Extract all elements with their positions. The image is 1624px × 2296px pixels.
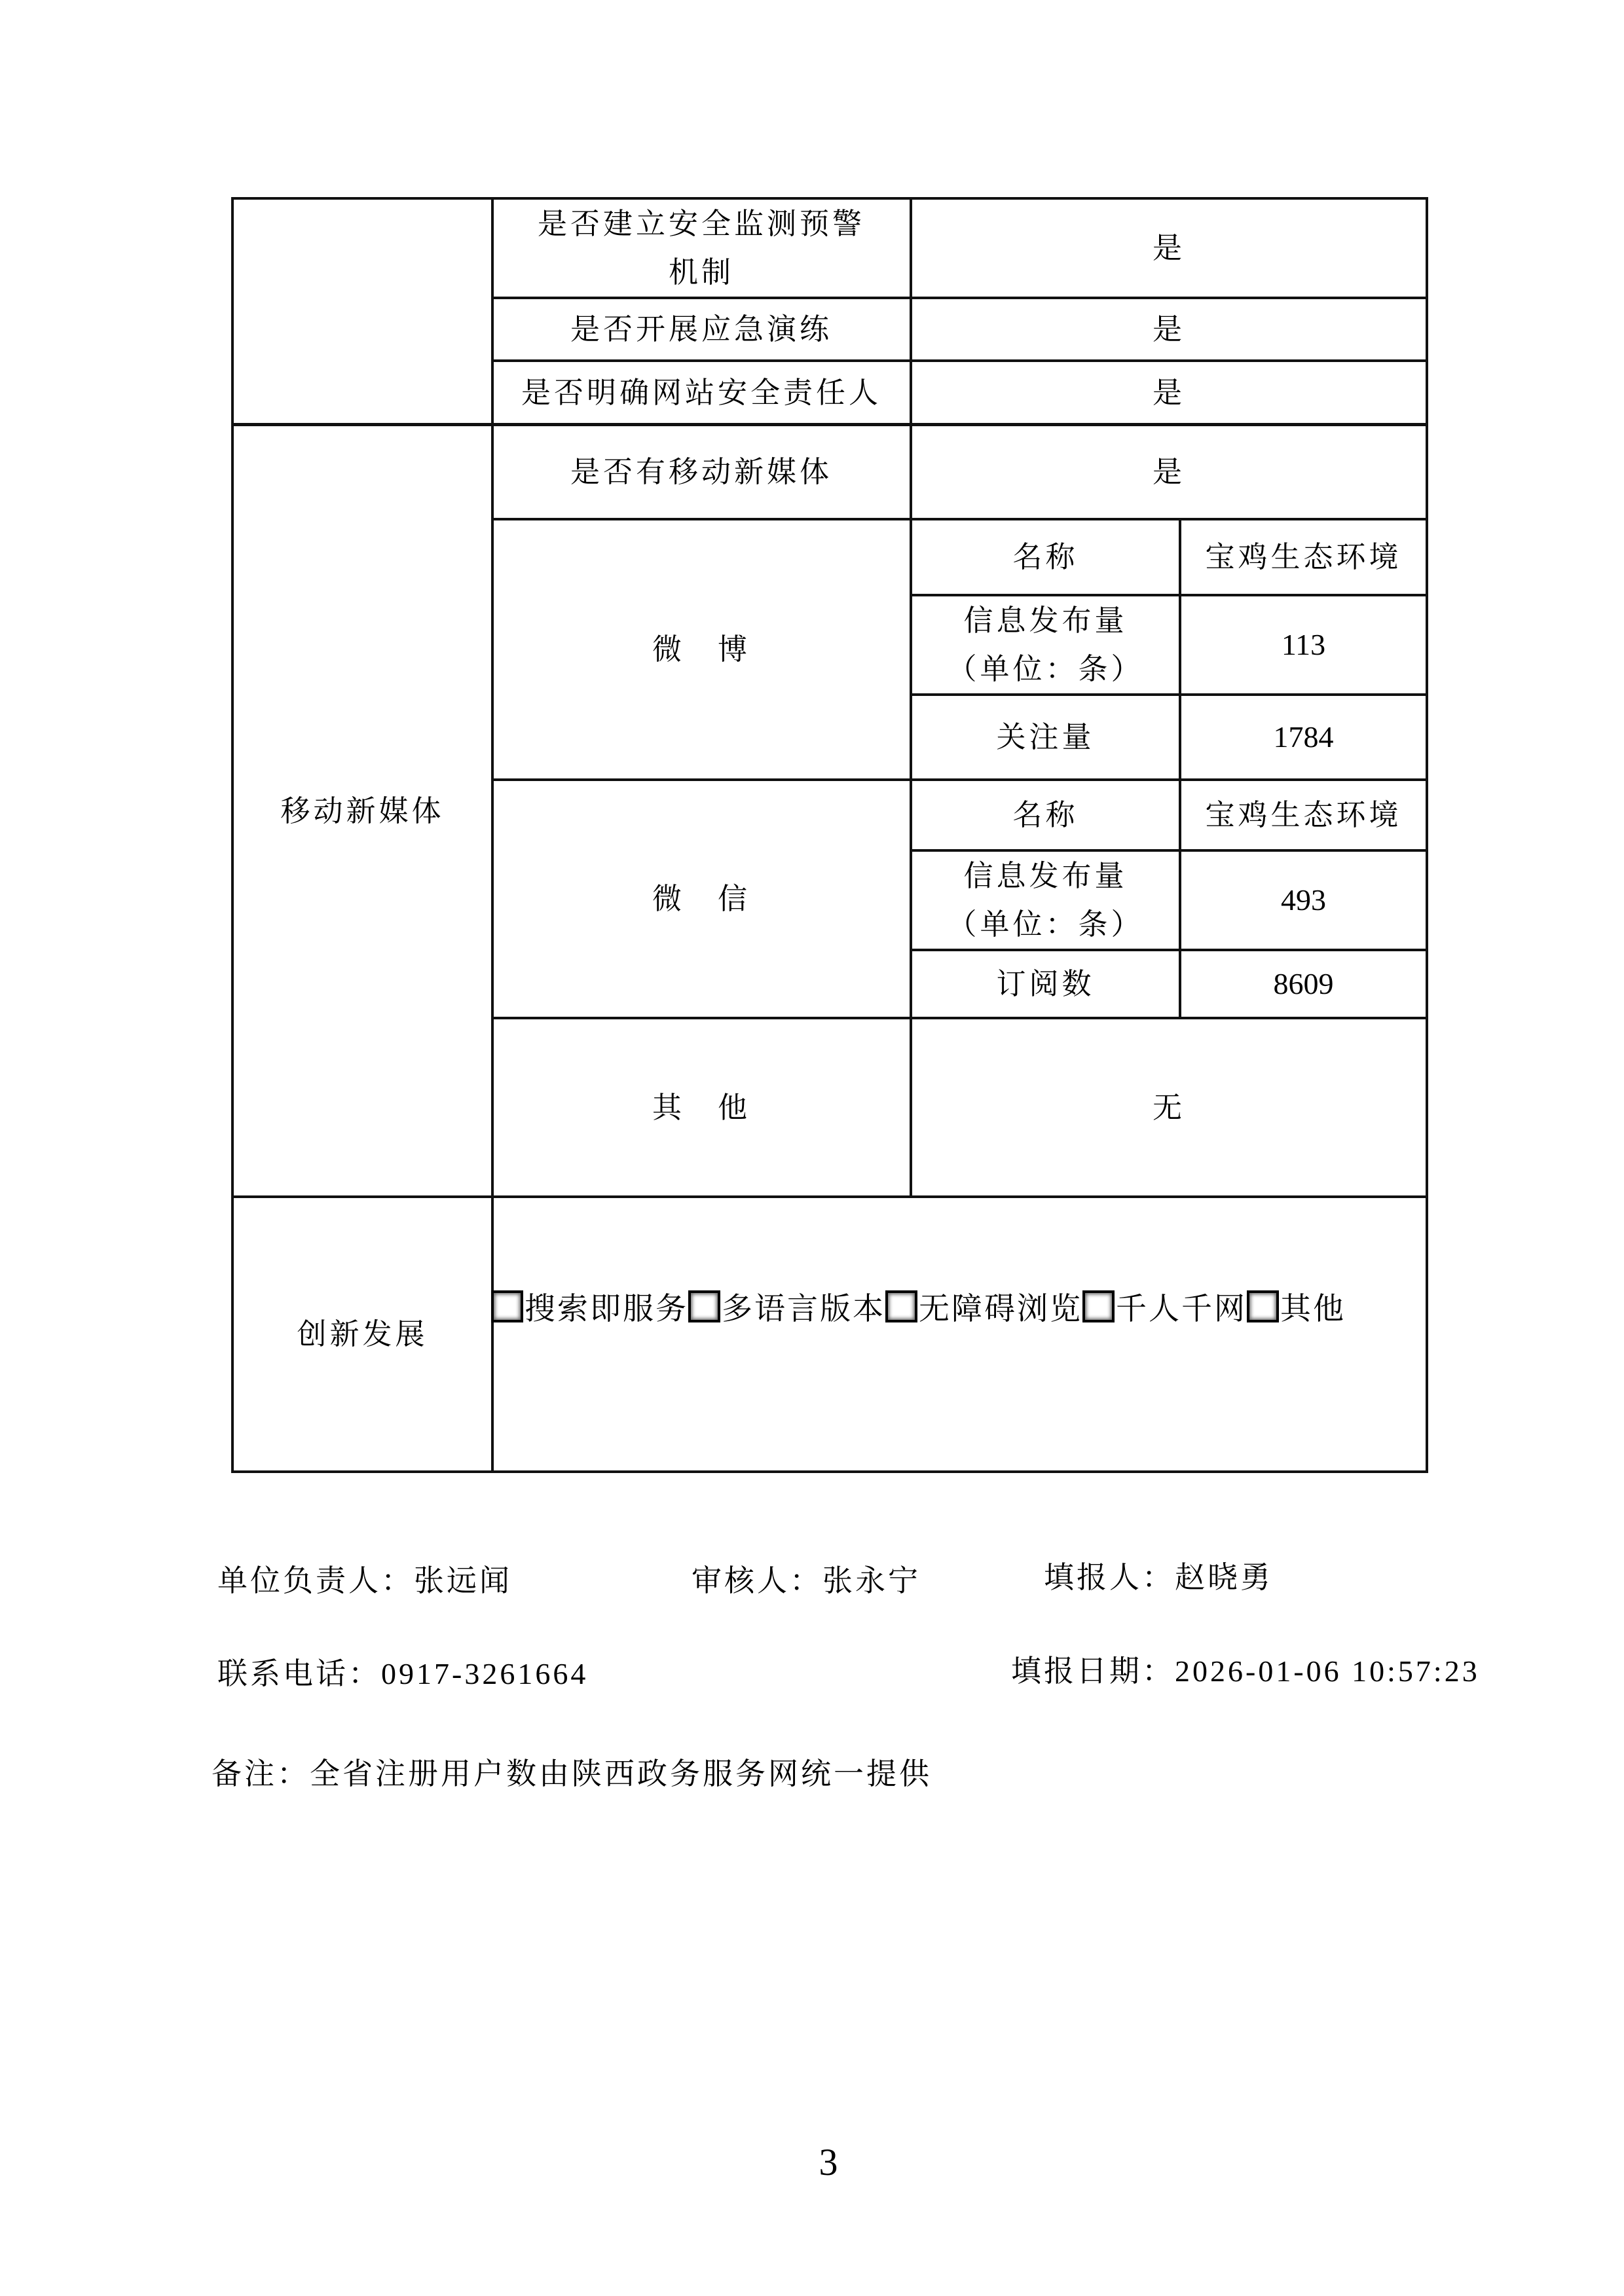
security-officer-label: 是否明确网站安全责任人: [493, 362, 910, 423]
option-label: 搜索即服务: [525, 1285, 688, 1328]
weibo-label: 微 博: [493, 520, 910, 778]
page-number: 3: [812, 2140, 845, 2185]
option-label: 无障碍浏览: [919, 1285, 1082, 1328]
checkbox-icon[interactable]: [491, 1290, 523, 1322]
has-mobile-media-value: 是: [912, 426, 1426, 518]
option-personalized[interactable]: 千人千网: [1082, 1285, 1247, 1328]
weibo-followers-label: 关注量: [912, 696, 1179, 778]
filler: 填报人：赵晓勇: [1044, 1558, 1273, 1597]
has-mobile-media-label: 是否有移动新媒体: [493, 426, 910, 518]
emergency-drill-label: 是否开展应急演练: [493, 299, 910, 359]
option-accessibility[interactable]: 无障碍浏览: [885, 1285, 1082, 1328]
option-label: 其他: [1280, 1285, 1346, 1328]
option-multilingual[interactable]: 多语言版本: [688, 1285, 885, 1328]
weibo-name-value: 宝鸡生态环境: [1181, 520, 1426, 594]
emergency-drill-value: 是: [912, 299, 1426, 359]
wechat-name-value: 宝鸡生态环境: [1181, 781, 1426, 849]
option-other[interactable]: 其他: [1247, 1285, 1346, 1328]
weibo-posts-value: 113: [1181, 596, 1426, 693]
table-border-bottom: [231, 1470, 1428, 1473]
checkbox-icon[interactable]: [885, 1290, 917, 1322]
weibo-name-label: 名称: [912, 520, 1179, 594]
note: 备注：全省注册用户数由陕西政务服务网统一提供: [212, 1755, 932, 1794]
label-line: （单位：条）: [947, 645, 1143, 693]
website-report-table: 是否建立安全监测预警 机制 是 是否开展应急演练 是 是否明确网站安全责任人 是…: [231, 197, 1426, 1472]
weibo-posts-label: 信息发布量 （单位：条）: [912, 596, 1179, 693]
wechat-subscribers-value: 8609: [1181, 951, 1426, 1017]
security-monitoring-label: 是否建立安全监测预警 机制: [493, 200, 910, 297]
other-media-label: 其 他: [493, 1019, 910, 1195]
security-monitoring-value: 是: [912, 200, 1426, 297]
table-border-right: [1426, 197, 1428, 1473]
mobile-media-section-label: 移动新媒体: [234, 426, 491, 1195]
wechat-subscribers-label: 订阅数: [912, 951, 1179, 1017]
innovation-section-label: 创新发展: [234, 1198, 491, 1470]
option-label: 千人千网: [1116, 1285, 1247, 1328]
innovation-options: 搜索即服务 多语言版本 无障碍浏览 千人千网 其他: [491, 1286, 1425, 1326]
option-search-as-service[interactable]: 搜索即服务: [491, 1285, 688, 1328]
label-line: 信息发布量: [963, 852, 1127, 900]
wechat-posts-label: 信息发布量 （单位：条）: [912, 852, 1179, 949]
unit-head: 单位负责人：张远闻: [217, 1561, 512, 1601]
fill-date: 填报日期：2026-01-06 10:57:23: [1011, 1652, 1480, 1691]
option-label: 多语言版本: [722, 1285, 885, 1328]
wechat-posts-value: 493: [1181, 852, 1426, 949]
label-line: 机制: [669, 248, 734, 297]
contact-phone: 联系电话：0917-3261664: [217, 1654, 588, 1694]
weibo-followers-value: 1784: [1181, 696, 1426, 778]
reviewer: 审核人：张永宁: [692, 1561, 921, 1601]
security-officer-value: 是: [912, 362, 1426, 423]
label-line: （单位：条）: [947, 900, 1143, 949]
checkbox-icon[interactable]: [1247, 1290, 1279, 1322]
wechat-label: 微 信: [493, 781, 910, 1017]
wechat-name-label: 名称: [912, 781, 1179, 849]
other-media-value: 无: [912, 1019, 1426, 1195]
checkbox-icon[interactable]: [1082, 1290, 1115, 1322]
checkbox-icon[interactable]: [688, 1290, 720, 1322]
document-page: 是否建立安全监测预警 机制 是 是否开展应急演练 是 是否明确网站安全责任人 是…: [0, 0, 1624, 2296]
label-line: 是否建立安全监测预警: [538, 200, 865, 248]
label-line: 信息发布量: [963, 596, 1127, 645]
